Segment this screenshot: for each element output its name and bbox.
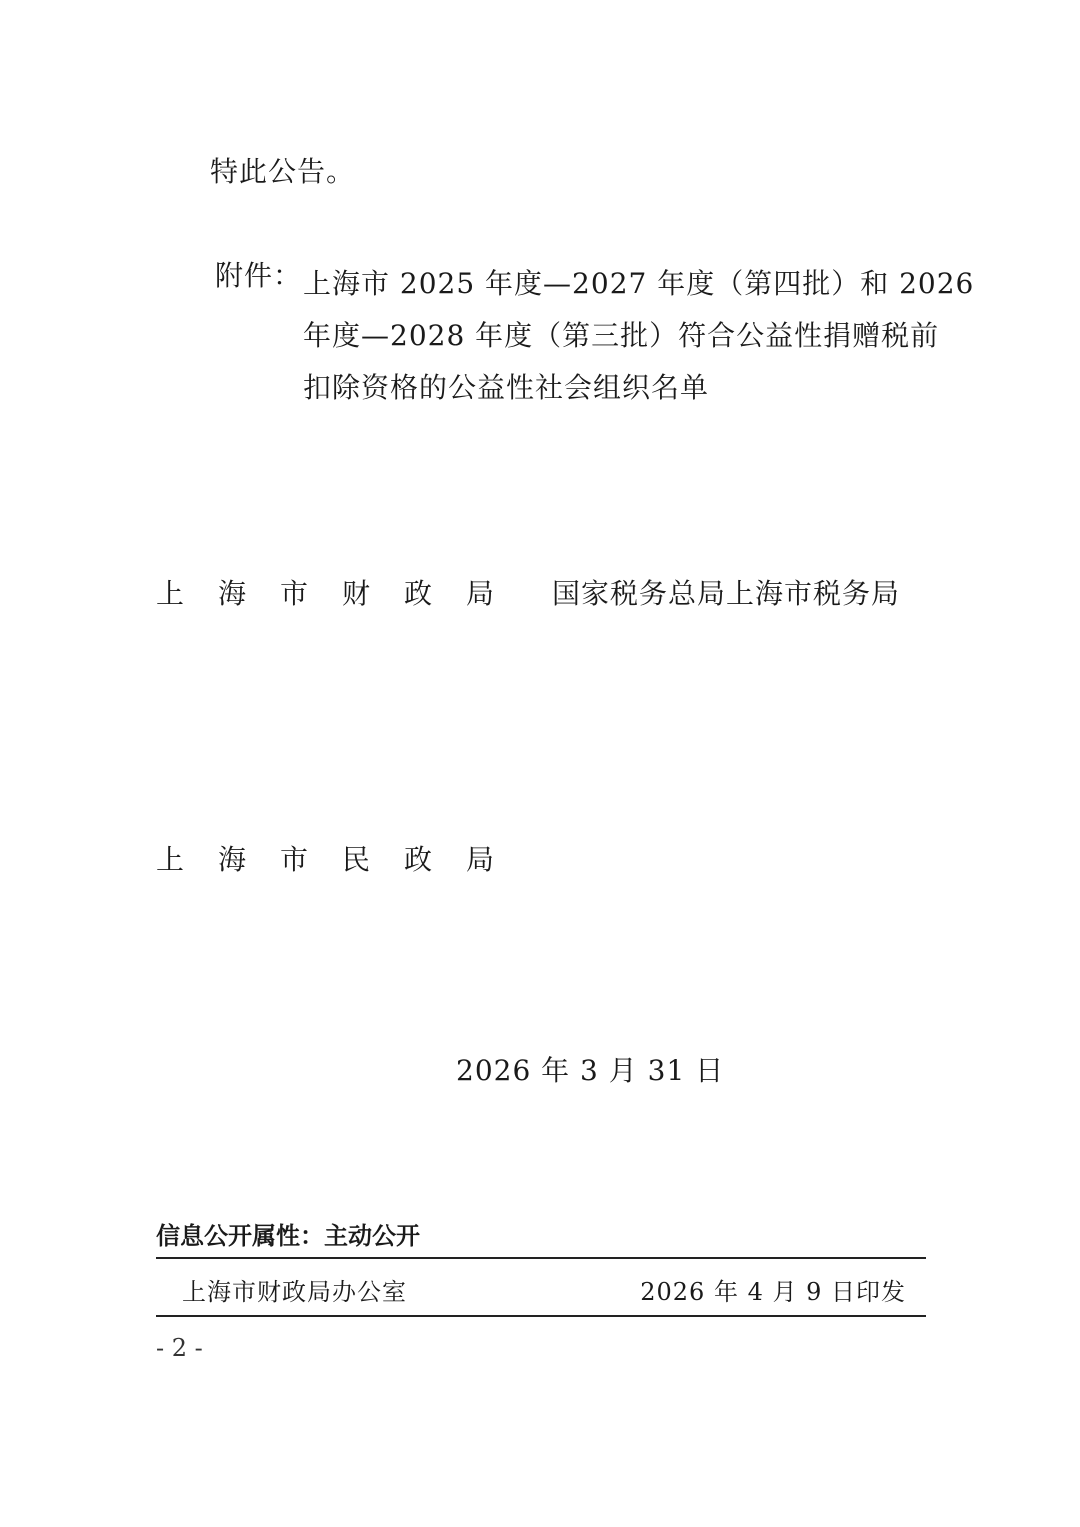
- attachment-title-line-1: 上海市 2025 年度—2027 年度（第四批）和 2026: [303, 262, 974, 302]
- signatory-tax-bureau: 国家税务总局上海市税务局: [552, 580, 900, 608]
- attachment-label: 附件：: [215, 262, 302, 290]
- footer-top-rule: [156, 1257, 926, 1259]
- page-number: - 2 -: [156, 1334, 203, 1362]
- closing-statement: 特此公告。: [210, 158, 355, 186]
- signatory-civil-affairs-bureau: 上海市民政局: [156, 846, 528, 874]
- issue-date: 2026 年 4 月 9 日印发: [640, 1272, 906, 1307]
- signing-date: 2026 年 3 月 31 日: [456, 1057, 724, 1085]
- attachment-title-line-3: 扣除资格的公益性社会组织名单: [303, 366, 709, 406]
- attachment-title-line-2: 年度—2028 年度（第三批）符合公益性捐赠税前: [303, 314, 939, 354]
- footer-bottom-rule: [156, 1315, 926, 1317]
- disclosure-attribute: 信息公开属性：主动公开: [156, 1216, 420, 1251]
- issuing-office: 上海市财政局办公室: [182, 1272, 407, 1307]
- signatory-finance-bureau: 上海市财政局: [156, 580, 528, 608]
